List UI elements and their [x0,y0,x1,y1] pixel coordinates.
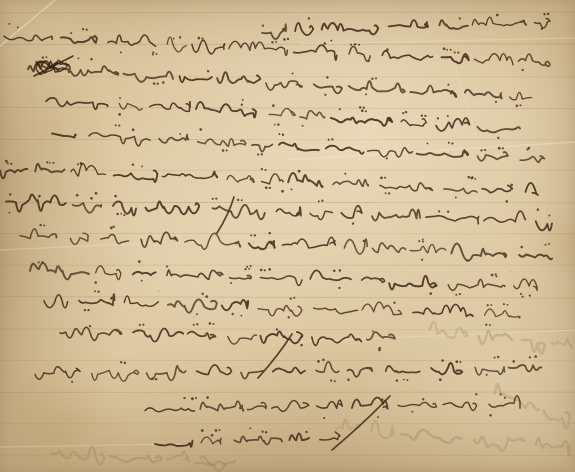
handwriting-layer [0,0,575,472]
text-line-11 [60,322,395,351]
text-line-6 [0,160,538,203]
bleedthrough-ghost-writing [52,322,572,471]
scanned-letter-page [0,0,575,472]
text-line-1 [262,13,550,44]
text-line-8 [20,224,552,261]
text-line-2 [4,23,550,71]
text-line-7 [6,192,552,231]
handwritten-text-lines [0,13,552,447]
text-line-13 [145,393,520,419]
pen-flourishes [217,197,390,450]
text-line-3 [28,56,532,107]
text-line-14 [155,427,340,446]
text-line-12 [35,355,541,383]
crease-marks [0,0,575,472]
text-line-5 [52,124,545,162]
text-line-9 [30,260,537,297]
text-line-10 [44,290,520,326]
text-line-4 [46,97,520,139]
